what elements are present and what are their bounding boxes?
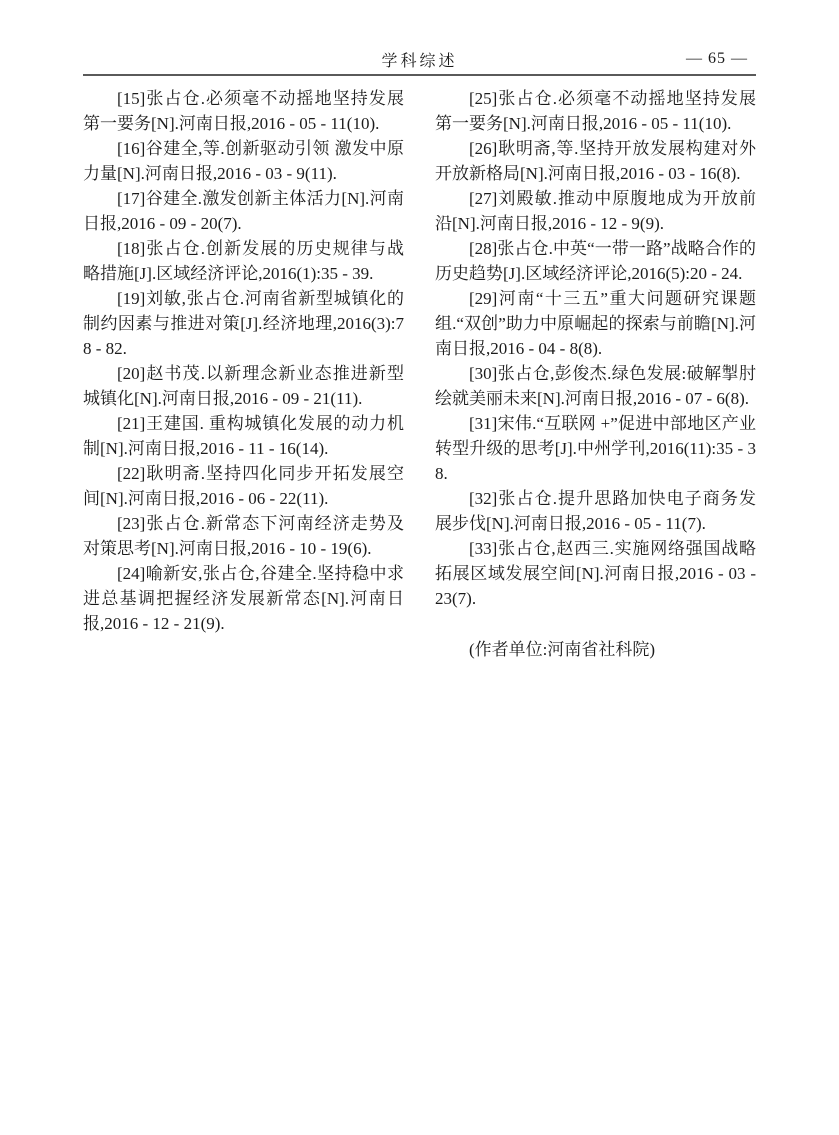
- reference-item-28: [28]张占仓.中英“一带一路”战略合作的历史趋势[J].区域经济评论,2016…: [435, 236, 756, 286]
- reference-item-15: [15]张占仓.必须毫不动摇地坚持发展第一要务[N].河南日报,2016 - 0…: [83, 86, 404, 136]
- reference-item-18: [18]张占仓.创新发展的历史规律与战略措施[J].区域经济评论,2016(1)…: [83, 236, 404, 286]
- reference-item-29: [29]河南“十三五”重大问题研究课题组.“双创”助力中原崛起的探索与前瞻[N]…: [435, 286, 756, 361]
- reference-item-20: [20]赵书茂.以新理念新业态推进新型城镇化[N].河南日报,2016 - 09…: [83, 361, 404, 411]
- reference-item-16: [16]谷建全,等.创新驱动引领 激发中原力量[N].河南日报,2016 - 0…: [83, 136, 404, 186]
- reference-item-21: [21]王建国. 重构城镇化发展的动力机制[N].河南日报,2016 - 11 …: [83, 411, 404, 461]
- section-title: 学科综述: [381, 48, 457, 71]
- reference-item-32: [32]张占仓.提升思路加快电子商务发展步伐[N].河南日报,2016 - 05…: [435, 486, 756, 536]
- running-head: 学科综述 — 65 —: [83, 46, 756, 70]
- right-column: [25]张占仓.必须毫不动摇地坚持发展第一要务[N].河南日报,2016 - 0…: [435, 86, 756, 662]
- journal-page: 学科综述 — 65 — [15]张占仓.必须毫不动摇地坚持发展第一要务[N].河…: [0, 0, 839, 1135]
- reference-item-17: [17]谷建全.激发创新主体活力[N].河南日报,2016 - 09 - 20(…: [83, 186, 404, 236]
- reference-item-33: [33]张占仓,赵西三.实施网络强国战略 拓展区域发展空间[N].河南日报,20…: [435, 536, 756, 611]
- reference-item-23: [23]张占仓.新常态下河南经济走势及对策思考[N].河南日报,2016 - 1…: [83, 511, 404, 561]
- reference-item-24: [24]喻新安,张占仓,谷建全.坚持稳中求进总基调把握经济发展新常态[N].河南…: [83, 561, 404, 636]
- reference-item-19: [19]刘敏,张占仓.河南省新型城镇化的制约因素与推进对策[J].经济地理,20…: [83, 286, 404, 361]
- reference-item-30: [30]张占仓,彭俊杰.绿色发展:破解掣肘绘就美丽未来[N].河南日报,2016…: [435, 361, 756, 411]
- reference-columns: [15]张占仓.必须毫不动摇地坚持发展第一要务[N].河南日报,2016 - 0…: [83, 86, 756, 662]
- reference-item-31: [31]宋伟.“互联网 +”促进中部地区产业转型升级的思考[J].中州学刊,20…: [435, 411, 756, 486]
- reference-item-22: [22]耿明斋.坚持四化同步开拓发展空间[N].河南日报,2016 - 06 -…: [83, 461, 404, 511]
- page-number: — 65 —: [686, 50, 748, 68]
- header-rule: [83, 74, 756, 76]
- reference-item-27: [27]刘殿敏.推动中原腹地成为开放前沿[N].河南日报,2016 - 12 -…: [435, 186, 756, 236]
- author-affiliation-note: (作者单位:河南省社科院): [435, 637, 756, 662]
- reference-item-25: [25]张占仓.必须毫不动摇地坚持发展第一要务[N].河南日报,2016 - 0…: [435, 86, 756, 136]
- reference-item-26: [26]耿明斋,等.坚持开放发展构建对外开放新格局[N].河南日报,2016 -…: [435, 136, 756, 186]
- left-column: [15]张占仓.必须毫不动摇地坚持发展第一要务[N].河南日报,2016 - 0…: [83, 86, 404, 662]
